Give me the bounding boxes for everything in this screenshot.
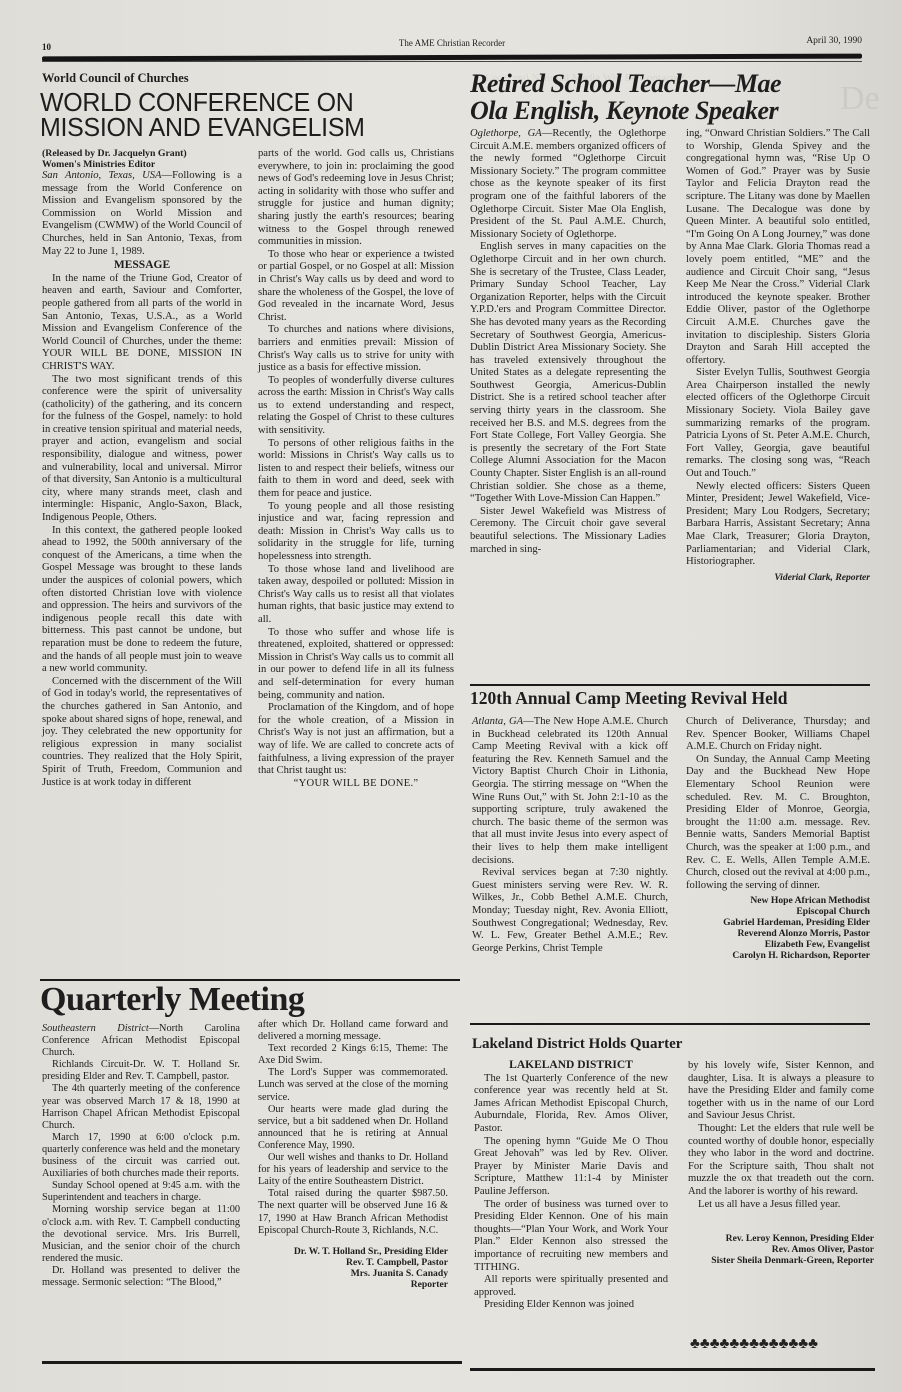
paragraph: Our well wishes and thanks to Dr. Hollan… <box>258 1152 448 1188</box>
article-column-1: LAKELAND DISTRICT The 1st Quarterly Conf… <box>474 1058 668 1312</box>
section-subhead: LAKELAND DISTRICT <box>474 1059 668 1072</box>
paragraph: after which Dr. Holland came forward and… <box>258 1019 448 1043</box>
paragraph: To those whose land and livelihood are t… <box>258 564 454 627</box>
dateline: Oglethorpe, GA <box>470 128 542 139</box>
issue-date: April 30, 1990 <box>806 36 862 46</box>
section-divider <box>470 684 870 686</box>
signature-block: Dr. W. T. Holland Sr., Presiding Elder R… <box>258 1246 448 1290</box>
paragraph: Thought: Let the elders that rule well b… <box>688 1123 874 1199</box>
paragraph: Sister Jewel Wakefield was Mistress of C… <box>470 506 666 556</box>
signature-block: Rev. Leroy Kennon, Presiding Elder Rev. … <box>688 1233 874 1266</box>
signature-line: Gabriel Hardeman, Presiding Elder <box>686 917 870 928</box>
paragraph: Sister Evelyn Tullis, Southwest Georgia … <box>686 367 870 480</box>
signature-line: Episcopal Church <box>686 906 870 917</box>
paragraph: Total raised during the quarter $987.50.… <box>258 1188 448 1236</box>
paragraph: Oglethorpe, GA—Recently, the Oglethorpe … <box>470 128 666 241</box>
paragraph: Concerned with the discernment of the Wi… <box>42 676 242 789</box>
paragraph: Morning worship service began at 11:00 o… <box>42 1204 240 1264</box>
section-divider <box>470 1023 870 1025</box>
bleed-through-text: De <box>840 80 880 118</box>
article-headline: Retired School Teacher—Mae Ola English, … <box>470 70 781 124</box>
paragraph-text: —Recently, the Oglethorpe Circuit A.M.E.… <box>470 128 666 240</box>
paragraph: In the name of the Triune God, Creator o… <box>42 273 242 374</box>
dateline: Southeastern District <box>42 1023 149 1034</box>
article-headline: Quarterly Meeting <box>40 982 304 1018</box>
article-column-1: Oglethorpe, GA—Recently, the Oglethorpe … <box>470 128 666 556</box>
paragraph: Dr. Holland was presented to deliver the… <box>42 1265 240 1289</box>
bottom-rule <box>470 1368 875 1371</box>
paragraph: To those who hear or experience a twiste… <box>258 249 454 325</box>
paragraph: Southeastern District—North Carolina Con… <box>42 1023 240 1059</box>
paragraph: The opening hymn “Guide Me O Thou Great … <box>474 1136 668 1199</box>
signature-line: Rev. Leroy Kennon, Presiding Elder <box>688 1233 874 1244</box>
paragraph: The order of business was turned over to… <box>474 1199 668 1275</box>
paragraph: by his lovely wife, Sister Kennon, and d… <box>688 1060 874 1123</box>
dateline: San Antonio, Texas, USA <box>42 170 162 181</box>
signature-line: Sister Sheila Denmark-Green, Reporter <box>688 1255 874 1266</box>
paragraph: Revival services began at 7:30 nightly. … <box>472 867 668 955</box>
article-column-1: Atlanta, GA—The New Hope A.M.E. Church i… <box>472 716 668 955</box>
paragraph: Newly elected officers: Sisters Queen Mi… <box>686 481 870 569</box>
signature-line: Dr. W. T. Holland Sr., Presiding Elder <box>258 1246 448 1257</box>
closing-quote: “YOUR WILL BE DONE.” <box>258 778 454 791</box>
paragraph: English serves in many capacities on the… <box>470 241 666 505</box>
article-column-2: parts of the world. God calls us, Christ… <box>258 148 454 790</box>
paragraph: Richlands Circuit-Dr. W. T. Holland Sr. … <box>42 1059 240 1083</box>
article-kicker: World Council of Churches <box>42 71 189 86</box>
headline-line-1: Retired School Teacher—Mae <box>470 70 781 97</box>
reporter-credit: Viderial Clark, Reporter <box>686 572 870 585</box>
editor-title: Women's Ministries Editor <box>42 159 242 170</box>
paragraph: Atlanta, GA—The New Hope A.M.E. Church i… <box>472 716 668 867</box>
paragraph: The two most significant trends of this … <box>42 374 242 525</box>
masthead-rule-thin <box>42 61 862 62</box>
article-column-2: by his lovely wife, Sister Kennon, and d… <box>688 1060 874 1266</box>
paragraph: To peoples of wonderfully diverse cultur… <box>258 375 454 438</box>
paragraph: To those who suffer and whose life is th… <box>258 627 454 703</box>
publication-name: The AME Christian Recorder <box>42 38 862 48</box>
signature-line: Reporter <box>258 1279 448 1290</box>
paragraph: In this context, the gathered people loo… <box>42 525 242 676</box>
bottom-rule <box>42 1361 462 1364</box>
paragraph: Sunday School opened at 9:45 a.m. with t… <box>42 1180 240 1204</box>
fleuron-ornament-row-icon: ♣♣♣♣♣♣♣♣♣♣♣♣♣ <box>690 1336 818 1353</box>
paragraph: To persons of other religious faiths in … <box>258 438 454 501</box>
dateline: Atlanta, GA <box>472 716 523 727</box>
section-subhead: MESSAGE <box>42 259 242 272</box>
signature-line: Mrs. Juanita S. Canady <box>258 1268 448 1279</box>
paragraph: The Lord's Supper was commemorated. Lunc… <box>258 1067 448 1103</box>
paragraph: The 1st Quarterly Conference of the new … <box>474 1073 668 1136</box>
paragraph: On Sunday, the Annual Camp Meeting Day a… <box>686 754 870 893</box>
paragraph: Let us all have a Jesus filled year. <box>688 1199 874 1212</box>
signature-line: New Hope African Methodist <box>686 895 870 906</box>
paragraph: Our hearts were made glad during the ser… <box>258 1104 448 1152</box>
intro-paragraph: San Antonio, Texas, USA—Following is a m… <box>42 170 242 258</box>
signature-line: Elizabeth Few, Evangelist <box>686 939 870 950</box>
paragraph: Proclamation of the Kingdom, and of hope… <box>258 702 454 778</box>
paragraph: ing, “Onward Christian Soldiers.” The Ca… <box>686 128 870 367</box>
signature-line: Carolyn H. Richardson, Reporter <box>686 950 870 961</box>
article-column-1: (Released by Dr. Jacquelyn Grant) Women'… <box>42 148 242 789</box>
article-column-1: Southeastern District—North Carolina Con… <box>42 1023 240 1289</box>
paragraph: March 17, 1990 at 6:00 o'clock p.m. quar… <box>42 1132 240 1180</box>
paragraph: To churches and nations where divisions,… <box>258 324 454 374</box>
paragraph: Presiding Elder Kennon was joined <box>474 1299 668 1312</box>
headline-line-2: Ola English, Keynote Speaker <box>470 97 781 124</box>
signature-line: Reverend Alonzo Morris, Pastor <box>686 928 870 939</box>
released-by: (Released by Dr. Jacquelyn Grant) <box>42 148 242 159</box>
article-column-2: Church of Deliverance, Thursday; and Rev… <box>686 716 870 961</box>
paragraph: All reports were spiritually presented a… <box>474 1274 668 1299</box>
paragraph: Text recorded 2 Kings 6:15, Theme: The A… <box>258 1043 448 1067</box>
signature-block: New Hope African Methodist Episcopal Chu… <box>686 895 870 961</box>
paragraph: parts of the world. God calls us, Christ… <box>258 148 454 249</box>
intro-text: —Following is a message from the World C… <box>42 170 242 257</box>
article-headline: 120th Annual Camp Meeting Revival Held <box>470 688 787 709</box>
article-column-2: after which Dr. Holland came forward and… <box>258 1019 448 1290</box>
signature-line: Rev. Amos Oliver, Pastor <box>688 1244 874 1255</box>
newspaper-page: Local and National Media Will Be Contact… <box>0 0 902 1392</box>
signature-line: Rev. T. Campbell, Pastor <box>258 1257 448 1268</box>
paragraph: Church of Deliverance, Thursday; and Rev… <box>686 716 870 754</box>
headline-line-2: MISSION AND EVANGELISM <box>40 115 365 140</box>
paragraph: To young people and all those resisting … <box>258 501 454 564</box>
article-column-2: ing, “Onward Christian Soldiers.” The Ca… <box>686 128 870 584</box>
paragraph: The 4th quarterly meeting of the confere… <box>42 1083 240 1131</box>
paragraph-text: —The New Hope A.M.E. Church in Buckhead … <box>472 716 668 866</box>
article-headline: WORLD CONFERENCE ON MISSION AND EVANGELI… <box>40 90 365 140</box>
release-credit: (Released by Dr. Jacquelyn Grant) Women'… <box>42 148 242 170</box>
article-headline: Lakeland District Holds Quarter <box>472 1036 682 1053</box>
